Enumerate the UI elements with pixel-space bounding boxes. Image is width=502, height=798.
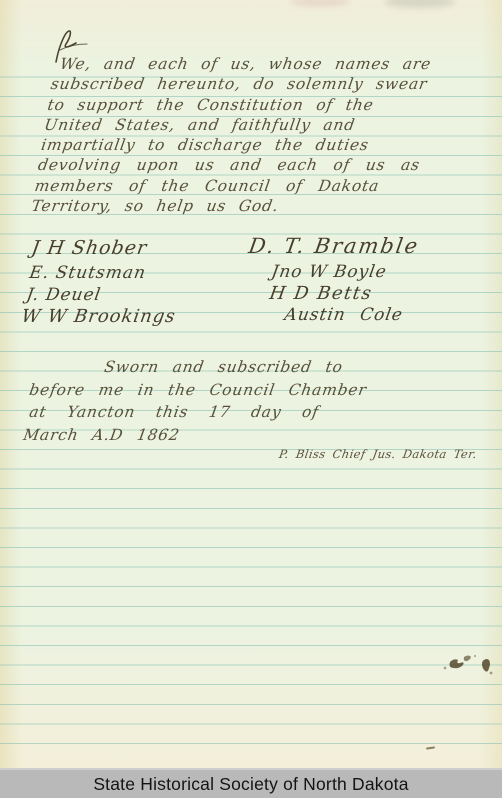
oath-line: United States, and faithfully and [43, 115, 428, 135]
paper-smudge [290, 0, 350, 7]
attestation-line: Sworn and subscribed to [103, 358, 344, 376]
scanned-document-image: We, and each of us, whose names are subs… [0, 0, 502, 798]
oath-line: We, and each of us, whose names are [53, 54, 438, 74]
signature-stutsman: E. Stutsman [28, 263, 148, 283]
signature-bramble: D. T. Bramble [247, 234, 421, 258]
attestation-line: March A.D 1862 [22, 426, 181, 444]
paper-smudge [385, 0, 455, 8]
signature-boyle: Jno W Boyle [270, 262, 388, 282]
archive-caption-bar: State Historical Society of North Dakota [0, 768, 502, 798]
signature-betts: H D Betts [268, 283, 374, 304]
attestation-line: at Yancton this 17 day of [28, 403, 320, 421]
oath-line: subscribed hereunto, do solemnly swear [49, 74, 434, 94]
archive-caption-text: State Historical Society of North Dakota [93, 774, 408, 795]
signature-cole: Austin Cole [283, 305, 404, 325]
oath-line: members of the Council of Dakota [33, 176, 418, 196]
signature-deuel: J. Deuel [25, 285, 103, 305]
oath-paragraph: We, and each of us, whose names are subs… [30, 54, 438, 216]
signature-brookings: W W Brookings [20, 306, 177, 327]
oath-line: to support the Constitution of the [46, 95, 431, 115]
oath-line: impartially to discharge the duties [40, 135, 425, 155]
document-paper: We, and each of us, whose names are subs… [0, 0, 502, 768]
ink-smudge [438, 648, 500, 684]
signature-shober: J H Shober [30, 237, 149, 259]
oath-line: devolving upon us and each of us as [36, 155, 421, 175]
signature-chief-justice: P. Bliss Chief Jus. Dakota Ter. [278, 447, 478, 461]
oath-line: Territory, so help us God. [30, 196, 415, 216]
attestation-line: before me in the Council Chamber [28, 381, 368, 399]
